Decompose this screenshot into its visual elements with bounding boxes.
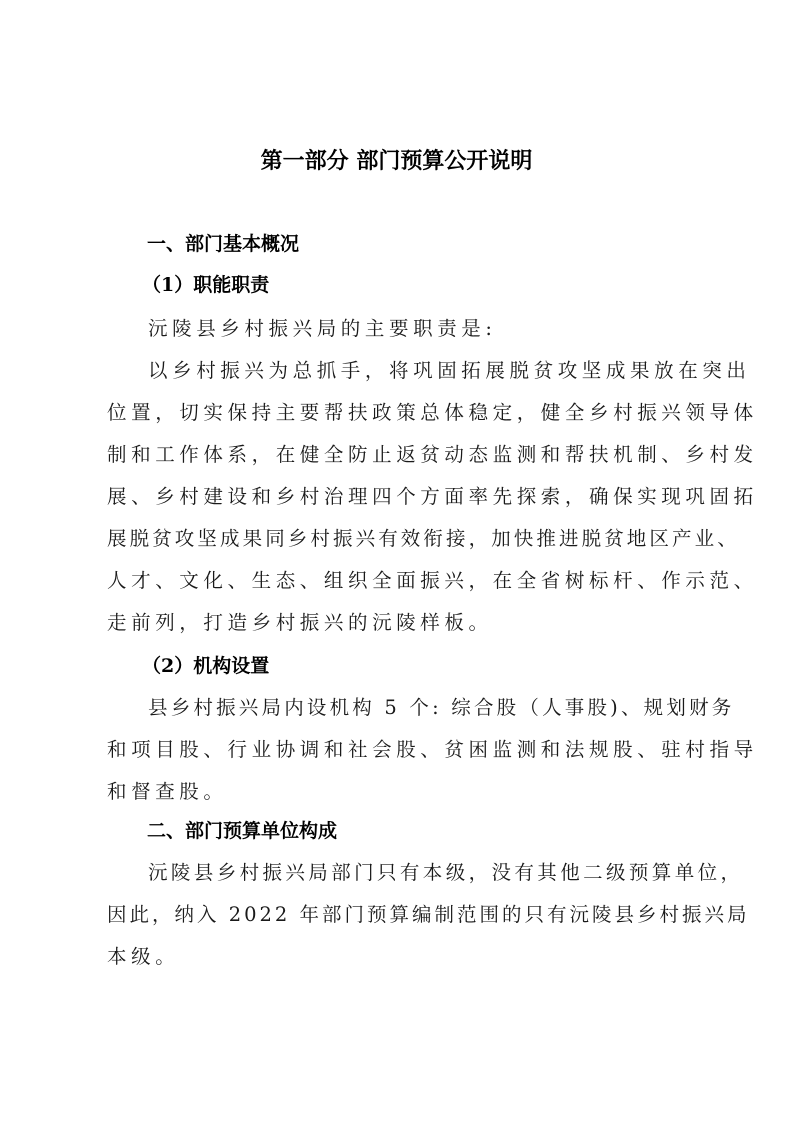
paragraph-line: 展脱贫攻坚成果同乡村振兴有效衔接，加快推进脱贫地区产业、 — [107, 524, 740, 554]
section-heading-2: 二、部门预算单位构成 — [147, 816, 337, 846]
paragraph-line: 沅陵县乡村振兴局部门只有本级，没有其他二级预算单位， — [148, 858, 743, 888]
subsection-heading-1: （1）职能职责 — [142, 270, 269, 300]
paragraph-line: 县乡村振兴局内设机构 5 个: 综合股（人事股)、规划财务 — [148, 693, 734, 723]
document-page: 第一部分 部门预算公开说明 一、部门基本概况 （1）职能职责 沅陵县乡村振兴局的… — [0, 0, 793, 1122]
section-heading-1: 一、部门基本概况 — [147, 229, 299, 259]
paragraph-line: 制和工作体系，在健全防止返贫动态监测和帮扶机制、乡村发 — [107, 440, 758, 470]
paragraph-line: 因此，纳入 2022 年部门预算编制范围的只有沅陵县乡村振兴局 — [107, 900, 750, 930]
subsection-heading-2: （2）机构设置 — [142, 651, 269, 681]
paragraph-line: 沅陵县乡村振兴局的主要职责是: — [148, 314, 497, 344]
page-title: 第一部分 部门预算公开说明 — [0, 146, 793, 178]
paragraph-line: 展、乡村建设和乡村治理四个方面率先探索，确保实现巩固拓 — [107, 482, 758, 512]
paragraph-line: 人才、文化、生态、组织全面振兴，在全省树标杆、作示范、 — [107, 566, 758, 596]
paragraph-line: 位置，切实保持主要帮扶政策总体稳定，健全乡村振兴领导体 — [107, 398, 758, 428]
paragraph-line: 和项目股、行业协调和社会股、贫困监测和法规股、驻村指导 — [107, 735, 758, 765]
paragraph-line: 本级。 — [107, 942, 179, 972]
paragraph-line: 和督查股。 — [107, 777, 228, 807]
paragraph-line: 走前列，打造乡村振兴的沅陵样板。 — [107, 608, 493, 638]
paragraph-line: 以乡村振兴为总抓手，将巩固拓展脱贫攻坚成果放在突出 — [148, 356, 751, 386]
